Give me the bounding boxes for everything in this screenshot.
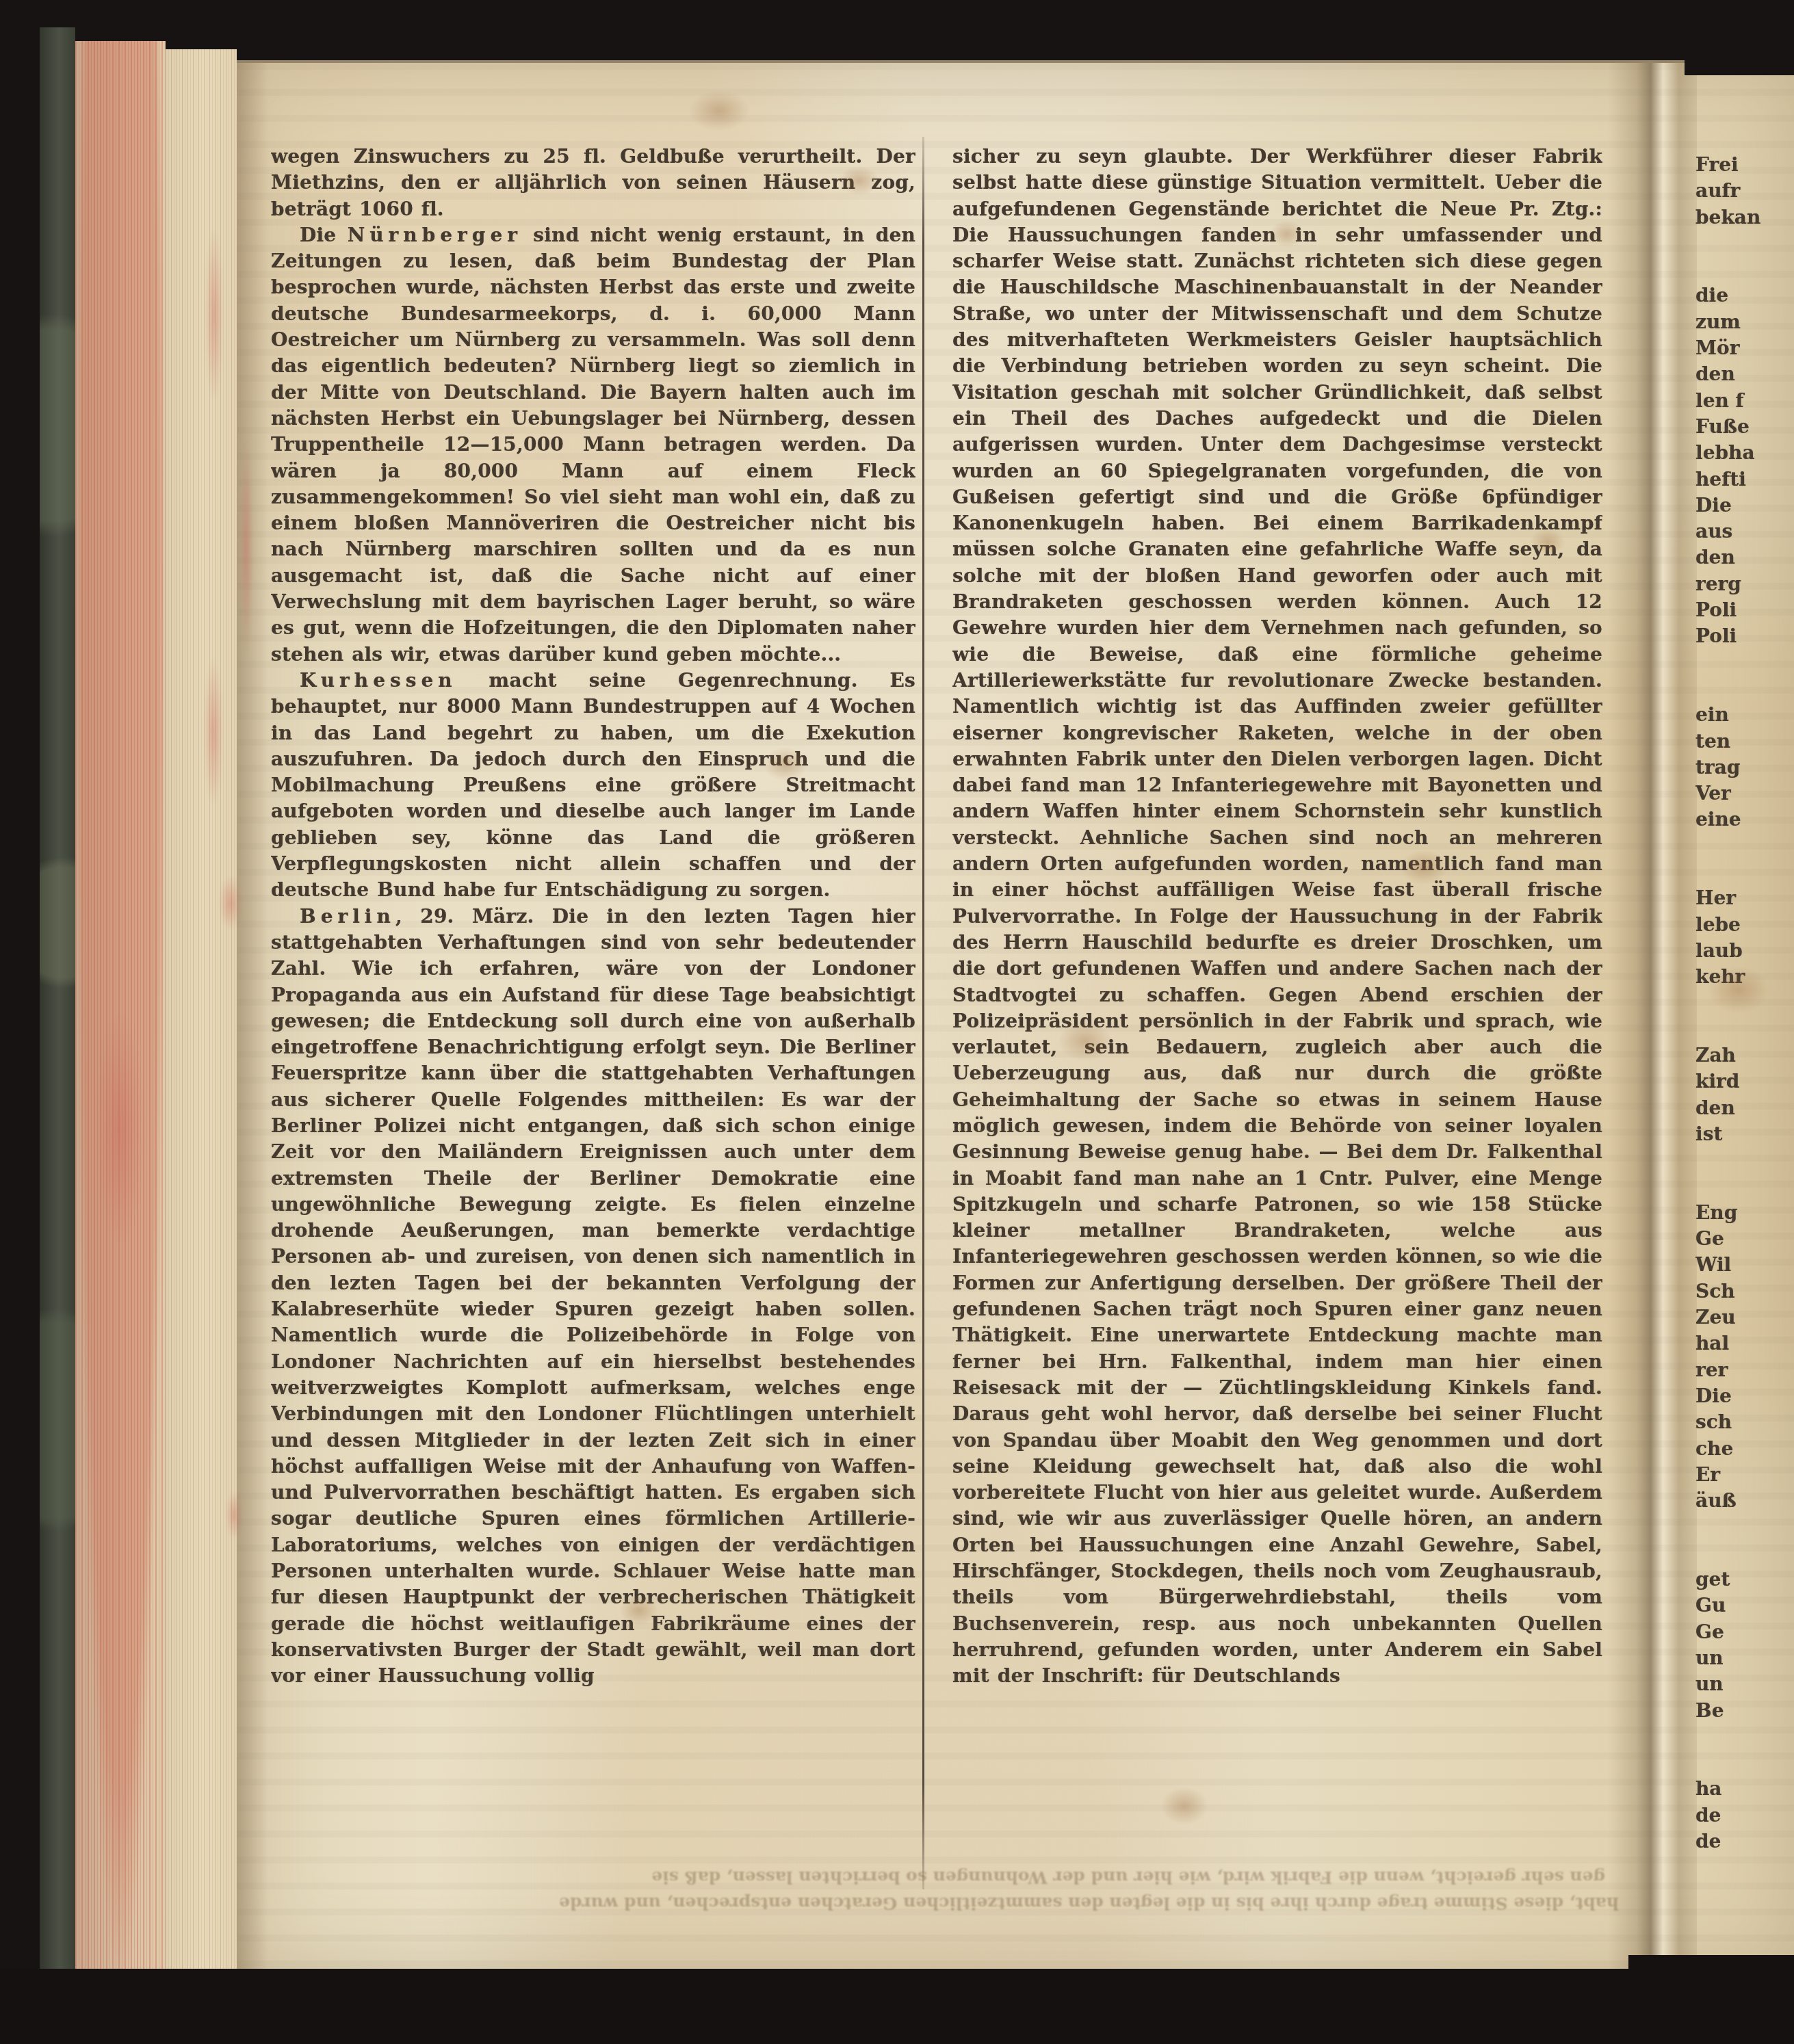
edge-fragment-line: ha (1695, 1776, 1794, 1802)
book-photo: { "document": { "kind": "Scanned book pa… (0, 0, 1794, 2044)
edge-fragment-line: Poli (1695, 623, 1794, 649)
edge-fragment-line: Ge (1695, 1226, 1794, 1252)
edge-fragment-line: laub (1695, 938, 1794, 964)
edge-fragment-line: aus (1695, 519, 1794, 545)
backdrop-top (0, 0, 1794, 60)
paragraph: Berlin, 29. März. Die in den lezten Tage… (271, 904, 915, 1690)
column-divider-rule (922, 137, 924, 1889)
edge-fragment-line: rerg (1695, 571, 1794, 597)
page-fore-edge-light (166, 49, 237, 2003)
edge-fragment-line (1695, 859, 1794, 885)
edge-fragment-line (1695, 833, 1794, 859)
edge-fragment-line: ist (1695, 1121, 1794, 1147)
edge-fragment-line: de (1695, 1803, 1794, 1829)
paragraph: Die Nürnberger sind nicht wenig erstaunt… (271, 222, 915, 668)
edge-fragment-line: die (1695, 283, 1794, 309)
ghost-bleedthrough-line-1: gen sehr gereicht, wenn die Fabrik wird,… (319, 1868, 1605, 1887)
paragraph: Kurhessen macht seine Gegenrechnung. Es … (271, 668, 915, 904)
edge-fragment-line: che (1695, 1436, 1794, 1462)
edge-fragment-line: sch (1695, 1409, 1794, 1435)
edge-fragment-line: lebe (1695, 912, 1794, 938)
ghost-bleedthrough-line-2: habt, diese Stimme trage durch ihre bis … (278, 1894, 1619, 1913)
edge-fragment-line: get (1695, 1567, 1794, 1593)
edge-fragment-line: hefti (1695, 467, 1794, 493)
edge-fragment-line: rer (1695, 1357, 1794, 1383)
book-cover-edge (40, 27, 75, 2017)
edge-fragment-line: Mör (1695, 335, 1794, 361)
page-fore-edge-red (75, 41, 166, 2006)
edge-fragment-line: Wil (1695, 1252, 1794, 1278)
backdrop-top-right (1685, 0, 1794, 75)
edge-fragment-line: zum (1695, 309, 1794, 335)
edge-fragment-line (1695, 1017, 1794, 1043)
edge-fragment-line: Er (1695, 1462, 1794, 1488)
spaced-lead-word: Kurhessen (300, 669, 457, 692)
edge-fragment-line: Frei (1695, 152, 1794, 178)
edge-fragment-line: trag (1695, 755, 1794, 781)
edge-fragment-line: Fuße (1695, 414, 1794, 440)
edge-fragment-line: Poli (1695, 597, 1794, 623)
edge-fragment-line: Zeu (1695, 1305, 1794, 1331)
edge-fragment-line: de (1695, 1829, 1794, 1855)
edge-column-fragments: Freiaufrbekan diezumMördenlen fFußelebha… (1695, 152, 1794, 1903)
edge-fragment-line: ten (1695, 729, 1794, 755)
edge-fragment-line (1695, 231, 1794, 257)
edge-fragment-line (1695, 676, 1794, 702)
edge-fragment-line: len f (1695, 388, 1794, 414)
edge-fragment-line: den (1695, 545, 1794, 571)
edge-fragment-line: Eng (1695, 1200, 1794, 1226)
edge-fragment-line: äuß (1695, 1488, 1794, 1514)
paragraph: sicher zu seyn glaubte. Der Werkführer d… (952, 144, 1602, 1690)
edge-fragment-line (1695, 991, 1794, 1017)
edge-fragment-line: Die (1695, 493, 1794, 519)
left-text-column: wegen Zinswuchers zu 25 fl. Geldbuße ver… (271, 144, 915, 1902)
edge-fragment-line: Be (1695, 1698, 1794, 1724)
edge-fragment-line: un (1695, 1645, 1794, 1671)
right-text-column: sicher zu seyn glaubte. Der Werkführer d… (952, 144, 1602, 1902)
edge-fragment-line: eine (1695, 807, 1794, 833)
paragraph: wegen Zinswuchers zu 25 fl. Geldbuße ver… (271, 144, 915, 222)
edge-fragment-line (1695, 257, 1794, 283)
backdrop-bottom (0, 1969, 1794, 2044)
edge-fragment-line (1695, 1541, 1794, 1567)
edge-fragment-line: kehr (1695, 964, 1794, 990)
edge-fragment-line: kird (1695, 1069, 1794, 1095)
edge-fragment-line: Die (1695, 1383, 1794, 1409)
edge-fragment-line: Her (1695, 885, 1794, 911)
edge-fragment-line: Gu (1695, 1593, 1794, 1619)
spaced-lead-word: Nürnberger (348, 224, 522, 246)
edge-fragment-line (1695, 650, 1794, 676)
edge-fragment-line: un (1695, 1671, 1794, 1697)
spaced-lead-word: Berlin (300, 905, 395, 928)
edge-fragment-line: Sch (1695, 1279, 1794, 1305)
edge-fragment-line: bekan (1695, 205, 1794, 231)
edge-fragment-line (1695, 1174, 1794, 1200)
stain (688, 90, 750, 131)
page-gutter-fold (1608, 63, 1697, 1971)
edge-fragment-line (1695, 1750, 1794, 1776)
edge-fragment-line: lebha (1695, 440, 1794, 466)
edge-fragment-line (1695, 1514, 1794, 1540)
edge-fragment-line: den (1695, 1095, 1794, 1121)
edge-fragment-line: hal (1695, 1331, 1794, 1357)
edge-fragment-line (1695, 1147, 1794, 1173)
newspaper-page: wegen Zinswuchers zu 25 fl. Geldbuße ver… (237, 60, 1794, 1971)
edge-fragment-line: aufr (1695, 178, 1794, 204)
edge-fragment-line: Ge (1695, 1619, 1794, 1645)
edge-fragment-line (1695, 1724, 1794, 1750)
edge-fragment-line: Ver (1695, 781, 1794, 807)
edge-fragment-line: den (1695, 361, 1794, 387)
edge-fragment-line: Zah (1695, 1043, 1794, 1069)
edge-fragment-line: ein (1695, 702, 1794, 728)
